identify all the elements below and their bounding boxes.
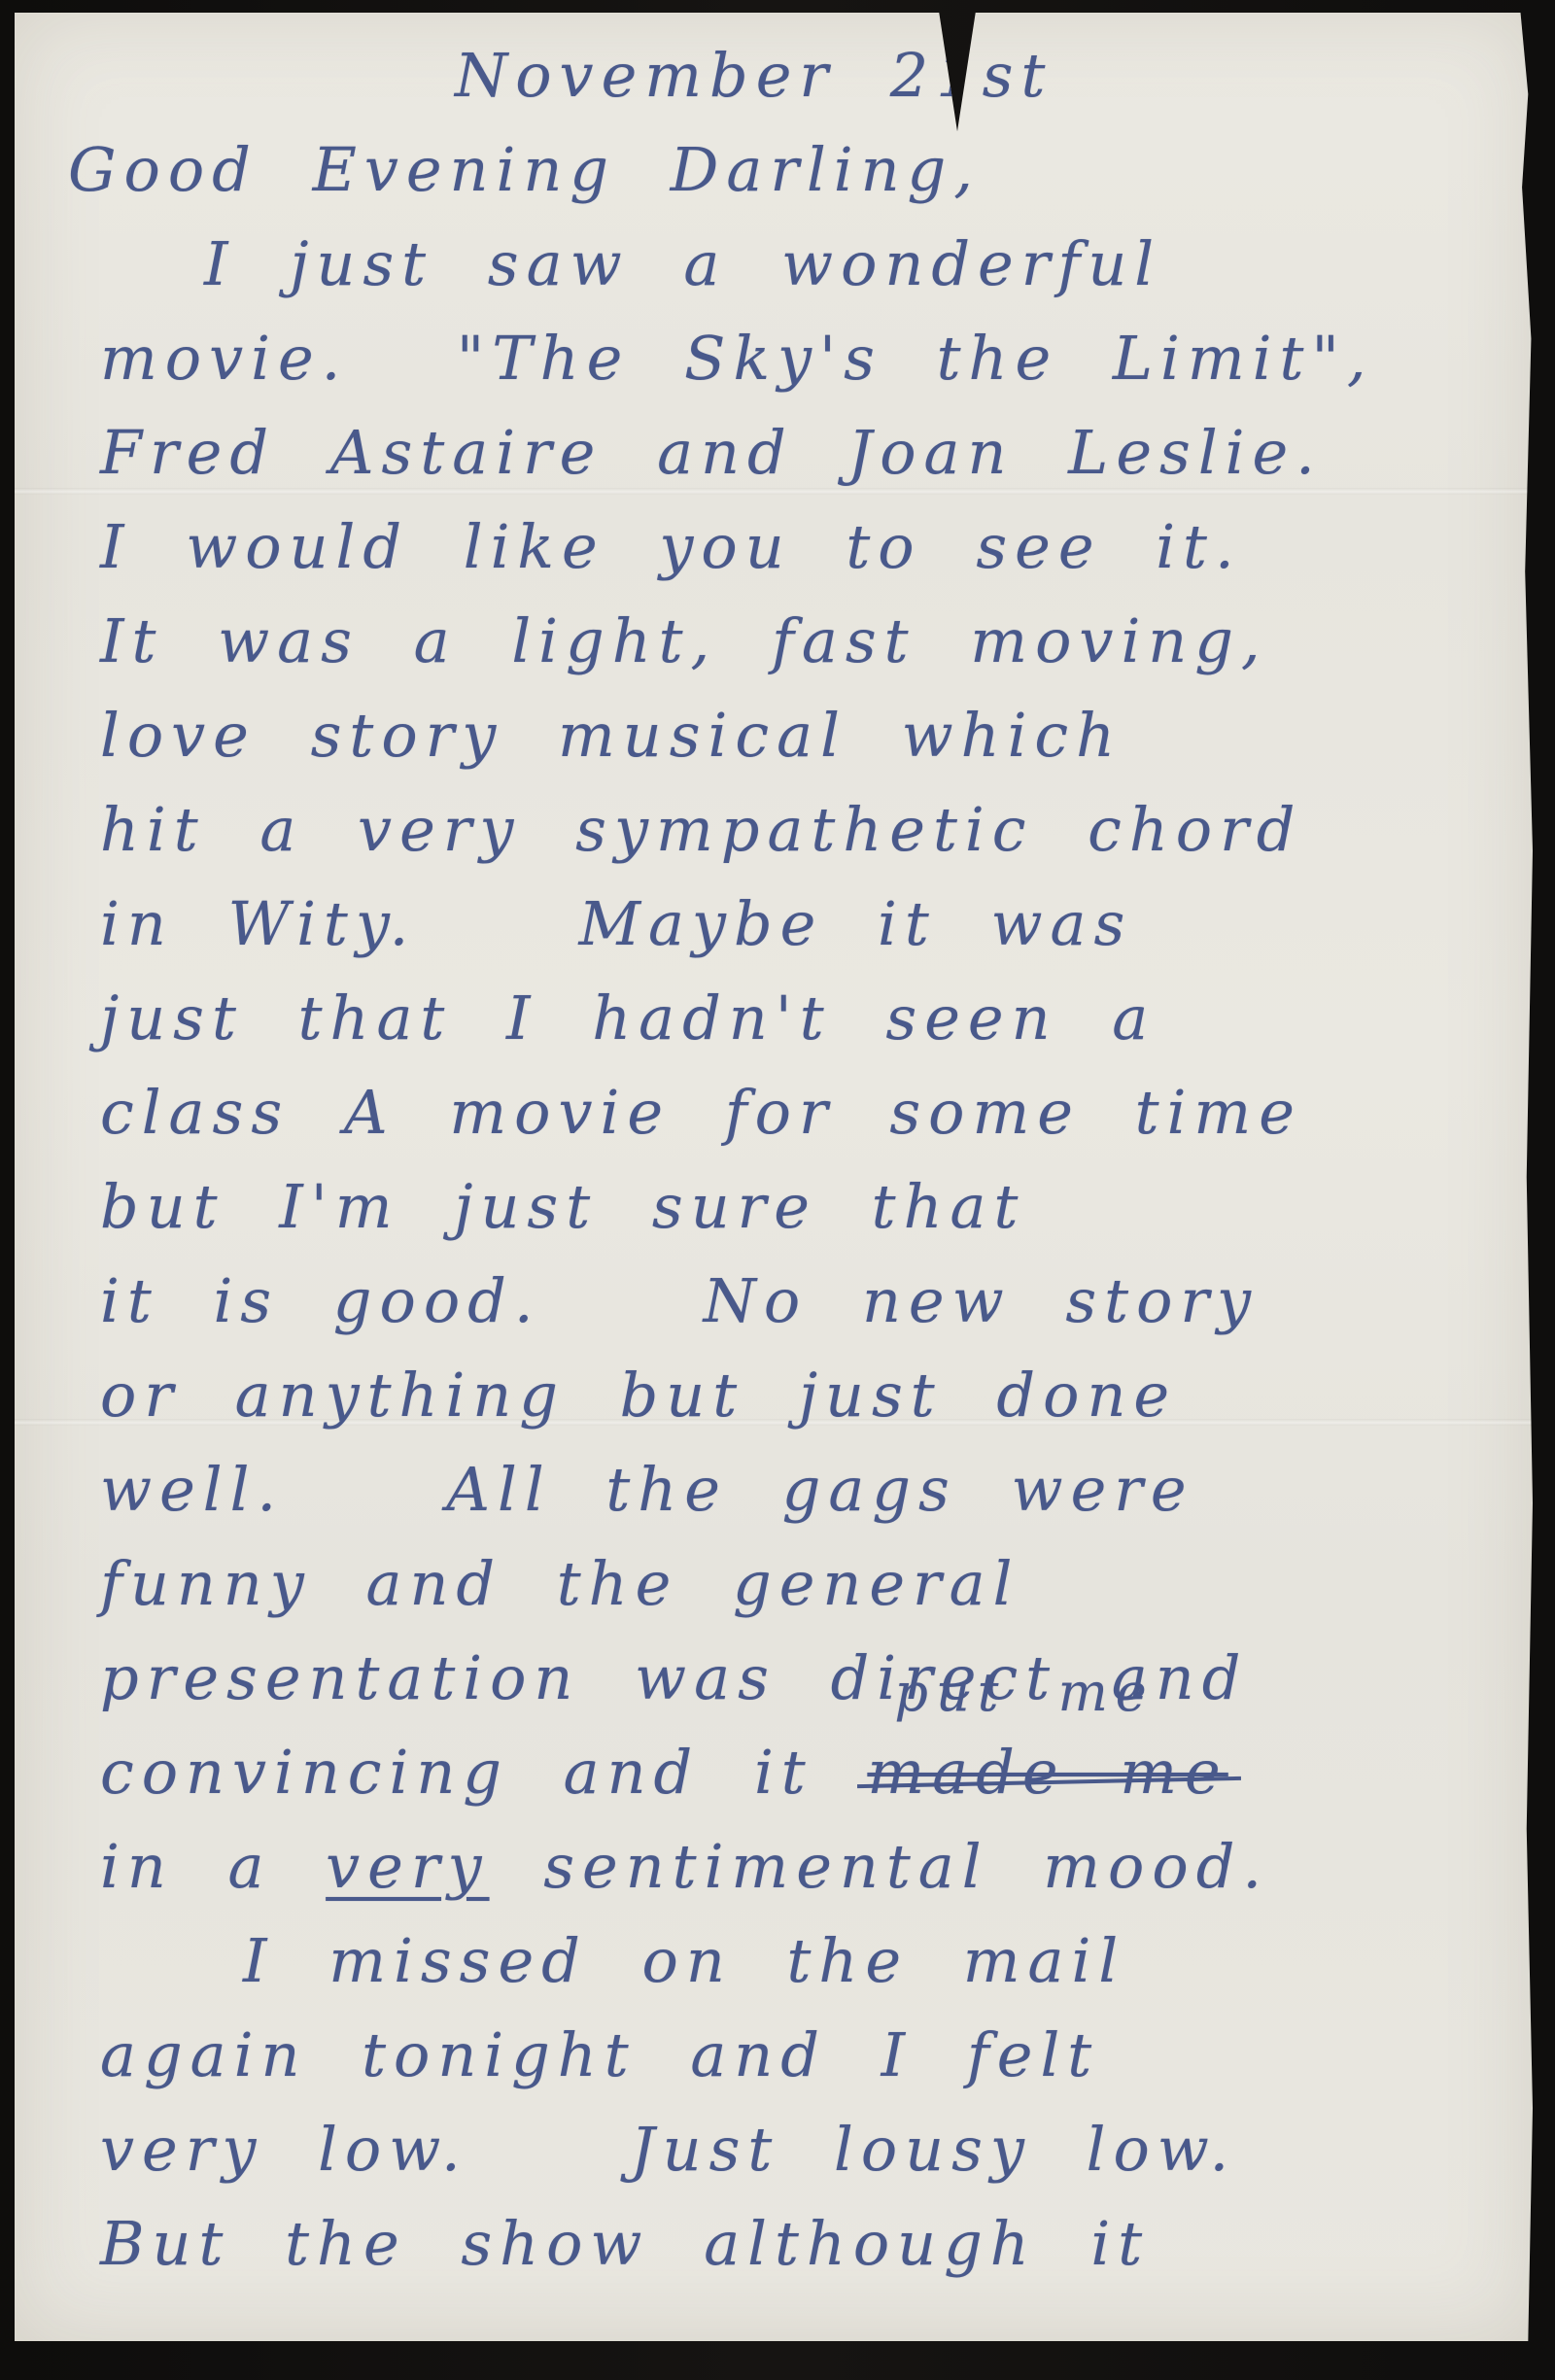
text-segment: But the show although it [100, 2208, 1150, 2279]
letter-line: love story musical which [100, 688, 1533, 782]
struck-text: made me [867, 1737, 1227, 1808]
text-segment: well. All the gags were [100, 1454, 1194, 1525]
text-segment: convincing and it [100, 1737, 867, 1808]
letter-line: presentation was direct and [100, 1631, 1533, 1725]
letter-line: well. All the gags were [100, 1442, 1533, 1536]
letter-line: But the show although it [100, 2196, 1533, 2291]
text-segment: but I'm just sure that [100, 1171, 1025, 1242]
letter-line: but I'm just sure that [100, 1159, 1533, 1254]
text-segment: just that I hadn't seen a [100, 983, 1156, 1053]
text-segment: sentimental mood. [490, 1831, 1270, 1902]
text-segment: I just saw a wonderful [204, 228, 1161, 299]
underlined-text: very [326, 1831, 489, 1902]
inserted-text: put me [894, 1667, 1154, 1719]
text-segment: Fred Astaire and Joan Leslie. [100, 417, 1323, 488]
letter-body: November 21stGood Evening Darling,I just… [15, 13, 1533, 2341]
letter-line: very low. Just lousy low. [100, 2102, 1533, 2196]
letter-line: in Wity. Maybe it was [100, 877, 1533, 971]
text-segment: love story musical which [100, 700, 1123, 771]
letter-line: Fred Astaire and Joan Leslie. [100, 405, 1533, 500]
letter-line: I missed on the mail [243, 1914, 1533, 2008]
text-segment: It was a light, fast moving, [100, 605, 1268, 676]
correction: put memade me [867, 1725, 1227, 1819]
letter-line: class A movie for some time [100, 1065, 1533, 1159]
text-segment: hit a very sympathetic chord [100, 794, 1302, 865]
letter-line: in a very sentimental mood. [100, 1819, 1533, 1914]
letter-line: I would like you to see it. [100, 500, 1533, 594]
date-line: November 21st [455, 28, 1533, 122]
text-segment: in Wity. Maybe it was [100, 888, 1132, 959]
text-segment: or anything but just done [100, 1360, 1177, 1431]
letter-line: I just saw a wonderful [204, 217, 1533, 311]
letter-line: it is good. No new story [100, 1254, 1533, 1348]
letter-line: funny and the general [100, 1536, 1533, 1631]
text-segment: I would like you to see it. [100, 511, 1242, 582]
scan-background: November 21stGood Evening Darling,I just… [0, 0, 1555, 2380]
text-segment: November 21st [455, 40, 1053, 111]
text-segment: class A movie for some time [100, 1077, 1302, 1148]
text-segment: I missed on the mail [243, 1925, 1125, 1996]
letter-line: movie. "The Sky's the Limit", [100, 311, 1533, 405]
salutation-line: Good Evening Darling, [68, 122, 1533, 217]
letter-line: convincing and it put memade me [100, 1725, 1533, 1819]
text-segment: again tonight and I felt [100, 2019, 1099, 2090]
text-segment: funny and the general [100, 1548, 1019, 1619]
text-segment: movie. "The Sky's the Limit", [100, 323, 1374, 394]
text-segment: it is good. No new story [100, 1265, 1259, 1336]
letter-line: It was a light, fast moving, [100, 594, 1533, 688]
letter-line: or anything but just done [100, 1348, 1533, 1442]
letter-line: hit a very sympathetic chord [100, 782, 1533, 877]
letter-line: just that I hadn't seen a [100, 971, 1533, 1065]
letter-page: November 21stGood Evening Darling,I just… [15, 13, 1533, 2341]
text-segment: in a [100, 1831, 326, 1902]
text-segment: Good Evening Darling, [68, 134, 981, 205]
text-segment: very low. Just lousy low. [100, 2114, 1236, 2185]
letter-line: again tonight and I felt [100, 2008, 1533, 2102]
